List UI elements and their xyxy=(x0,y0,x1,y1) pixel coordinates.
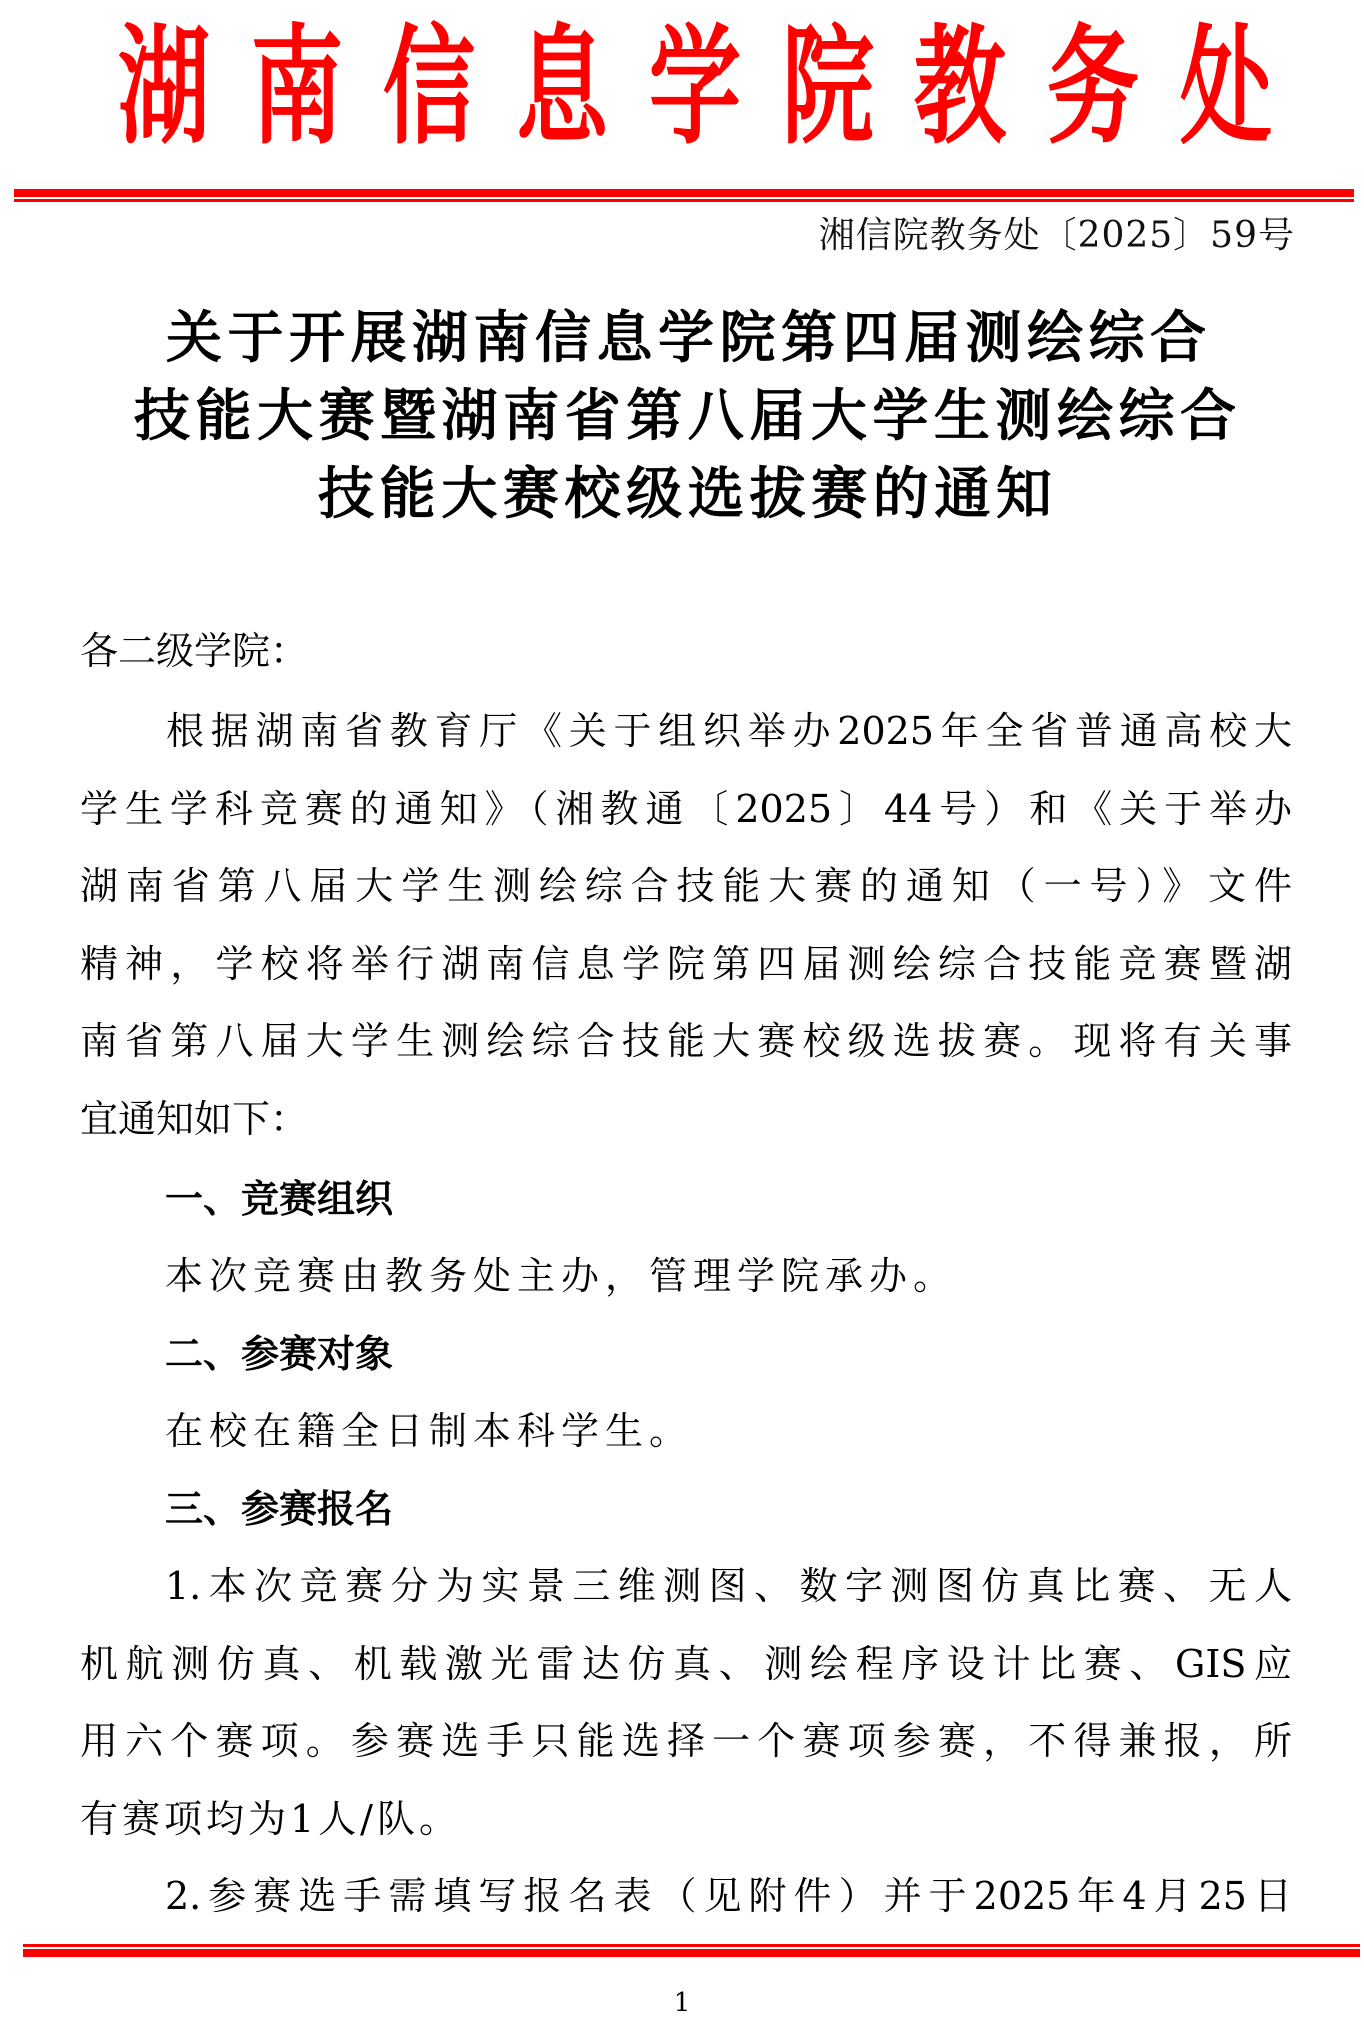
intro-line: 南省第八届大学生测绘综合技能大赛校级选拔赛。现将有关事 xyxy=(80,1018,1292,1064)
masthead-char: 务 xyxy=(1047,18,1139,158)
header-rule-thin xyxy=(14,199,1354,202)
section-heading-participants: 二、参赛对象 xyxy=(165,1331,565,1377)
masthead-char: 湖 xyxy=(118,18,210,158)
section-heading-organization: 一、竞赛组织 xyxy=(165,1176,565,1222)
intro-line: 精神，学校将举行湖南信息学院第四届测绘综合技能竞赛暨湖 xyxy=(80,941,1292,987)
intro-line: 根据湖南省教育厅《关于组织举办2025年全省普通高校大 xyxy=(166,708,1292,754)
masthead-char: 学 xyxy=(649,18,741,158)
title-line-1: 关于开展湖南信息学院第四届测绘综合 xyxy=(166,308,1206,370)
section-text: 机航测仿真、机载激光雷达仿真、测绘程序设计比赛、GIS应 xyxy=(80,1641,1292,1687)
section-text: 2.参赛选手需填写报名表（见附件）并于2025年4月25日 xyxy=(165,1873,1292,1919)
masthead-char: 教 xyxy=(914,18,1006,158)
title-line-2: 技能大赛暨湖南省第八届大学生测绘综合 xyxy=(134,386,1236,448)
intro-line: 湖南省第八届大学生测绘综合技能大赛的通知（一号）》文件 xyxy=(80,863,1292,909)
section-text: 在校在籍全日制本科学生。 xyxy=(165,1408,865,1454)
header-rule-thick xyxy=(14,189,1354,197)
masthead-char: 息 xyxy=(516,18,608,158)
section-text: 用六个赛项。参赛选手只能选择一个赛项参赛，不得兼报，所 xyxy=(80,1718,1292,1764)
footer-rule-thick xyxy=(23,1949,1360,1957)
title-line-3: 技能大赛校级选拔赛的通知 xyxy=(318,464,1052,526)
intro-line: 学生学科竞赛的通知》（湘教通〔2025〕44号）和《关于举办 xyxy=(80,786,1292,832)
masthead-char: 处 xyxy=(1180,18,1272,158)
section-text: 1.本次竞赛分为实景三维测图、数字测图仿真比赛、无人 xyxy=(165,1563,1292,1609)
section-text: 有赛项均为1人/队。 xyxy=(80,1796,680,1842)
document-page: 湖 南 信 息 学 院 教 务 处 湘信院教务处〔2025〕59号 关于开展湖南… xyxy=(0,0,1364,2028)
section-text: 本次竞赛由教务处主办，管理学院承办。 xyxy=(165,1253,1065,1299)
salutation: 各二级学院： xyxy=(80,628,380,674)
intro-line: 宜通知如下： xyxy=(80,1096,480,1142)
masthead-char: 信 xyxy=(383,18,475,158)
document-number: 湘信院教务处〔2025〕59号 xyxy=(770,214,1295,258)
section-heading-registration: 三、参赛报名 xyxy=(165,1486,565,1532)
masthead-char: 南 xyxy=(251,18,343,158)
page-number: 1 xyxy=(662,1986,702,2020)
footer-rule-thin xyxy=(23,1944,1360,1947)
masthead: 湖 南 信 息 学 院 教 务 处 xyxy=(100,18,1290,158)
masthead-char: 院 xyxy=(782,18,874,158)
